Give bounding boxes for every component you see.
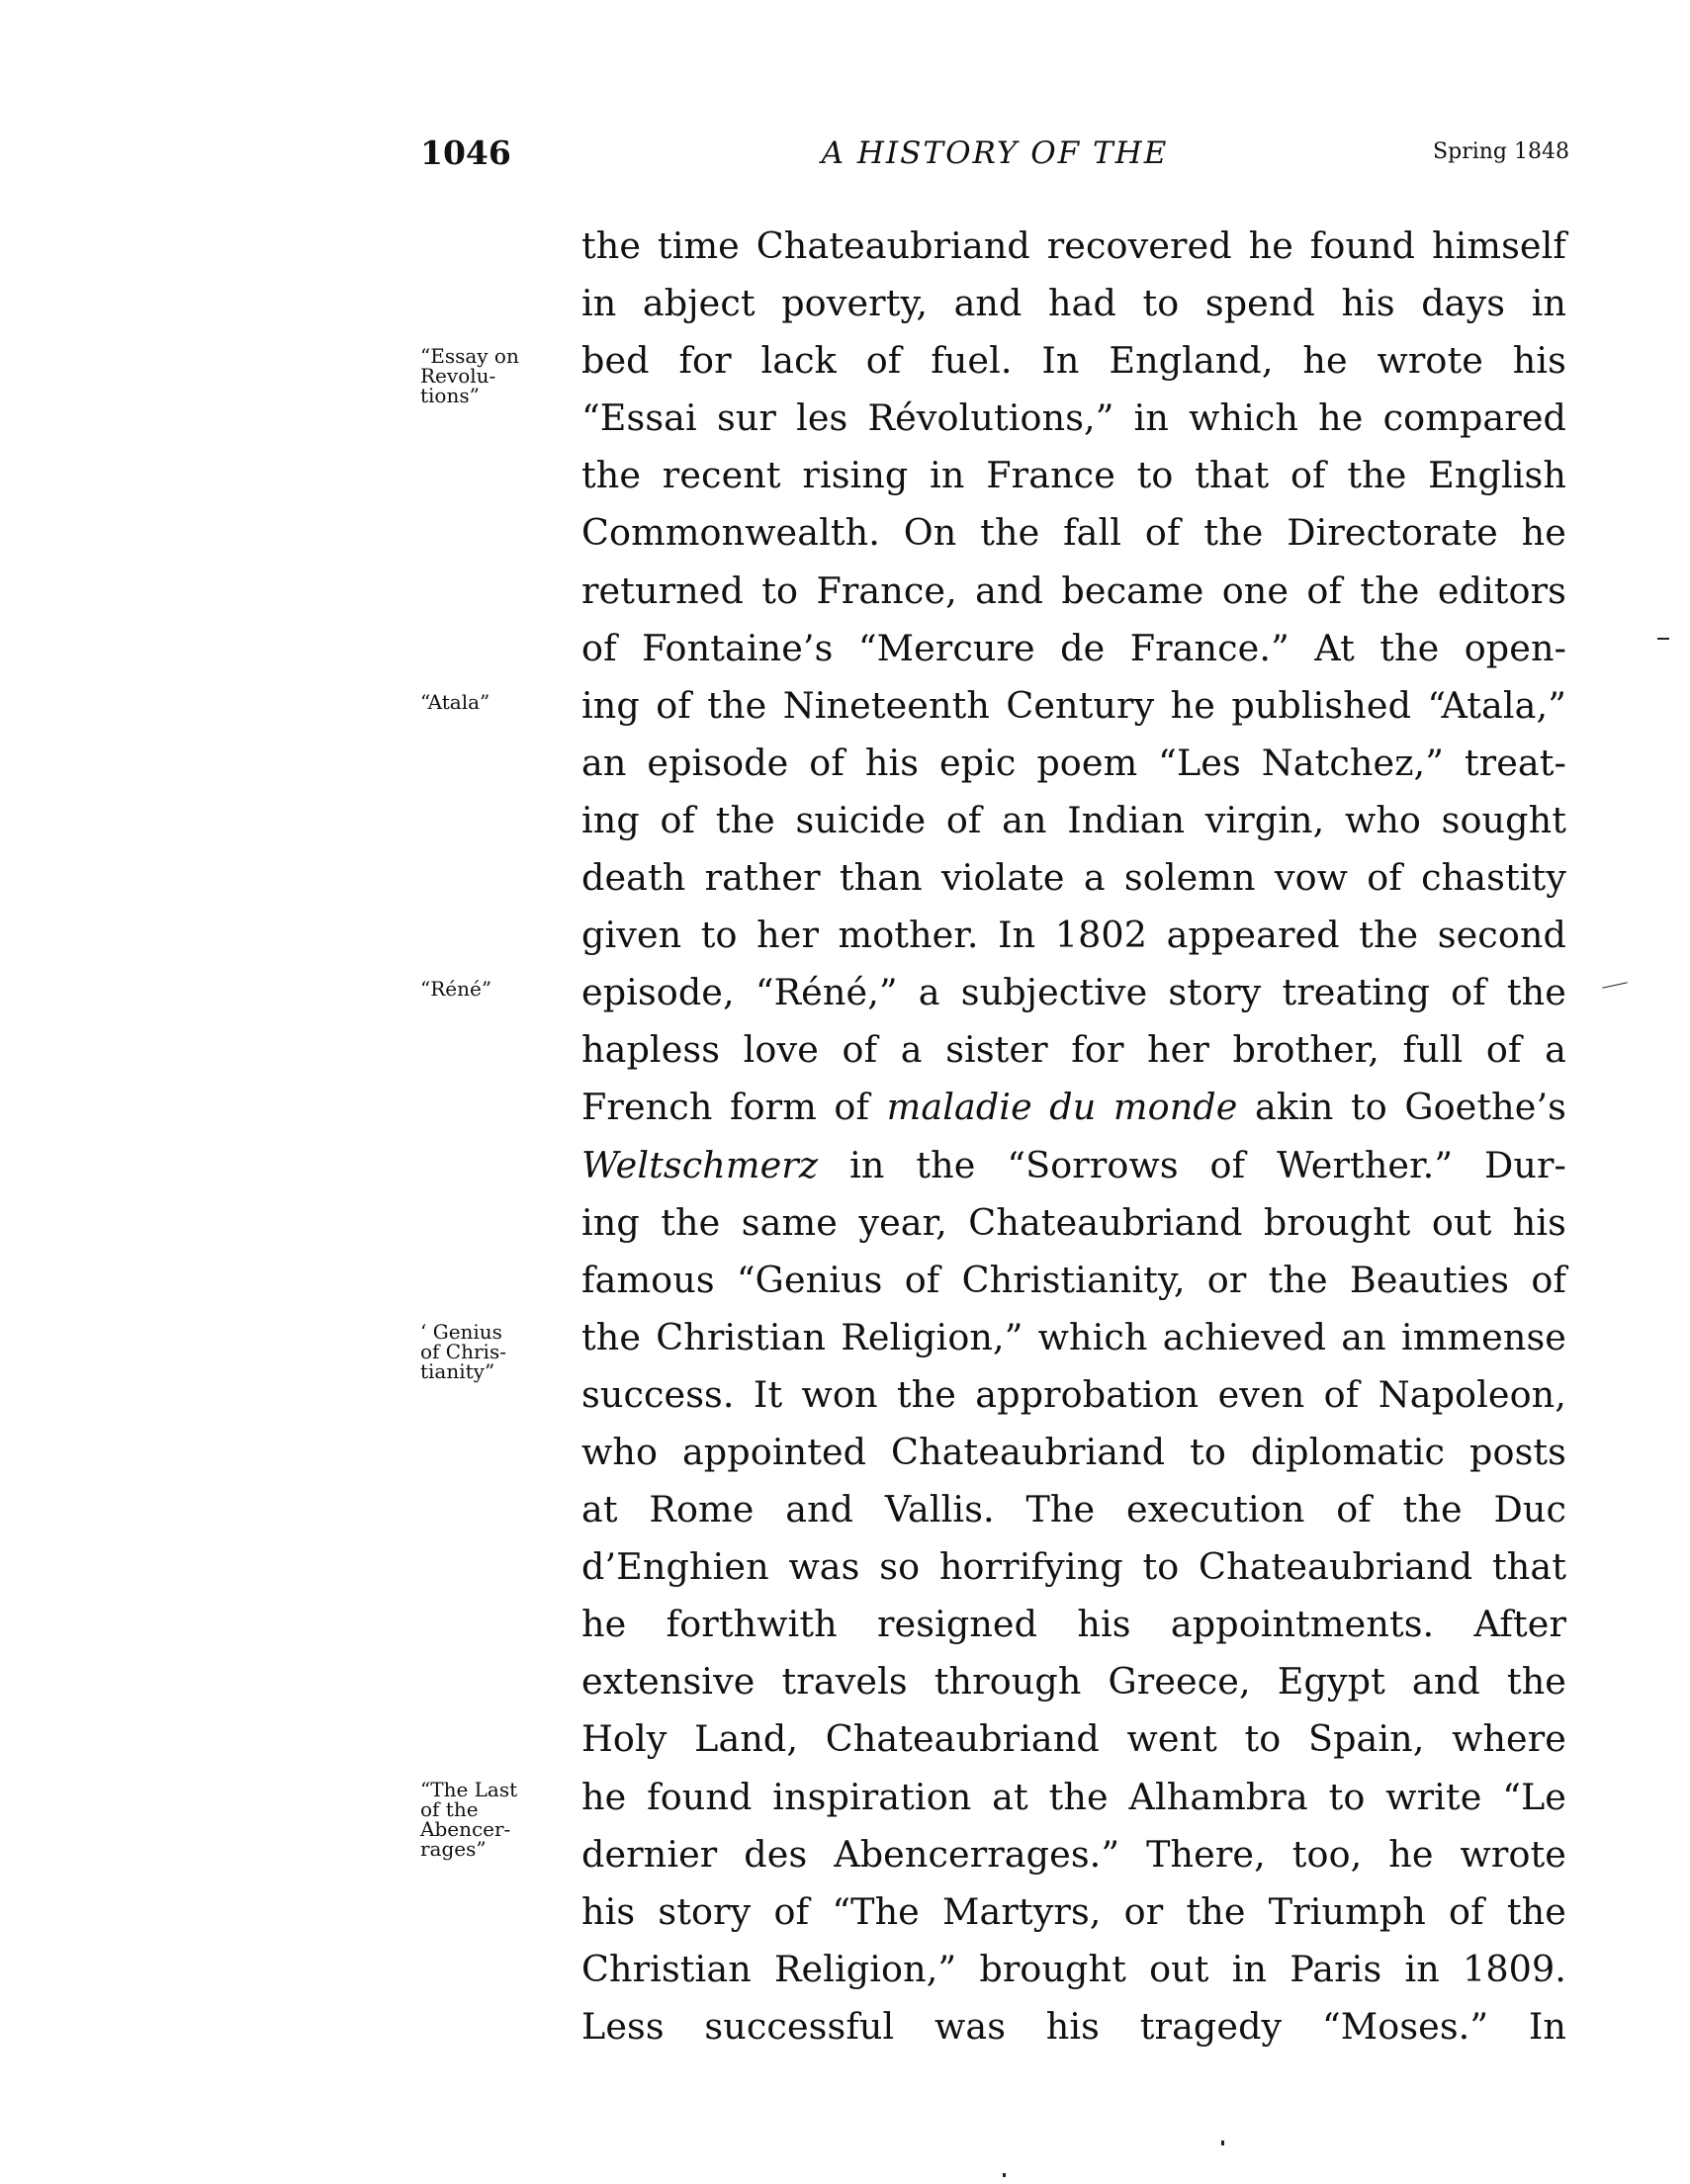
margin-note: “The Lastof theAbencer-rages” <box>420 1780 578 1859</box>
margin-note: “Atala” <box>420 692 578 712</box>
text-line: Holy Land, Chateaubriand went to Spain, … <box>581 1710 1566 1768</box>
text-line: dernier des Abencerrages.” There, too, h… <box>581 1826 1566 1883</box>
page-header: 1046 A HISTORY OF THE Spring 1848 <box>420 133 1569 183</box>
running-title: A HISTORY OF THE <box>420 135 1569 171</box>
body-text: the time Chateaubriand recovered he foun… <box>581 218 1566 2055</box>
margin-note-line: Abencer- <box>420 1819 578 1839</box>
italic-phrase: maladie du monde <box>887 1086 1238 1128</box>
text-line: his story of “The Martyrs, or the Triump… <box>581 1883 1566 1941</box>
margin-note-line: tianity” <box>420 1361 578 1381</box>
text-line: given to her mother. In 1802 appeared th… <box>581 907 1566 964</box>
margin-note-line: of the <box>420 1799 578 1819</box>
text-line: death rather than violate a solemn vow o… <box>581 849 1566 907</box>
margin-note: “Réné” <box>420 979 578 999</box>
text-line: ing of the Nineteenth Century he publish… <box>581 677 1566 735</box>
text-line: Weltschmerz in the “Sorrows of Werther.”… <box>581 1137 1566 1194</box>
text-line: French form of maladie du monde akin to … <box>581 1079 1566 1136</box>
text-line: returned to France, and became one of th… <box>581 563 1566 620</box>
text-line: Christian Religion,” brought out in Pari… <box>581 1941 1566 1998</box>
margin-note-line: “Essay on <box>420 346 578 366</box>
margin-note-line: “Réné” <box>420 979 578 999</box>
margin-note-line: rages” <box>420 1839 578 1859</box>
text-line: extensive travels through Greece, Egypt … <box>581 1653 1566 1710</box>
text-line: at Rome and Vallis. The execution of the… <box>581 1481 1566 1538</box>
text-line: he forthwith resigned his appointments. … <box>581 1596 1566 1653</box>
text-line: an episode of his epic poem “Les Natchez… <box>581 735 1566 792</box>
text-line: bed for lack of fuel. In England, he wro… <box>581 332 1566 390</box>
italic-phrase: Weltschmerz <box>581 1144 818 1186</box>
text-line: he found inspiration at the Alhambra to … <box>581 1769 1566 1826</box>
text-line: Less successful was his tragedy “Moses.”… <box>581 1998 1566 2055</box>
text-line: ing the same year, Chateaubriand brought… <box>581 1194 1566 1252</box>
margin-note-line: tions” <box>420 386 578 405</box>
text-line: of Fontaine’s “Mercure de France.” At th… <box>581 620 1566 677</box>
scan-mark <box>1657 638 1669 640</box>
scan-mark <box>1602 982 1628 988</box>
text-line: Commonwealth. On the fall of the Directo… <box>581 504 1566 562</box>
header-date: Spring 1848 <box>1433 139 1569 164</box>
margin-note-line: of Chris- <box>420 1342 578 1361</box>
margin-note-line: Revolu- <box>420 366 578 386</box>
text-line: success. It won the approbation even of … <box>581 1366 1566 1424</box>
text-line: hapless love of a sister for her brother… <box>581 1021 1566 1079</box>
text-line: the Christian Religion,” which achieved … <box>581 1309 1566 1366</box>
margin-note: “Essay onRevolu-tions” <box>420 346 578 405</box>
text-line: the time Chateaubriand recovered he foun… <box>581 218 1566 275</box>
margin-note: ‘ Geniusof Chris-tianity” <box>420 1322 578 1381</box>
text-line: “Essai sur les Révolutions,” in which he… <box>581 390 1566 447</box>
text-line: in abject poverty, and had to spend his … <box>581 275 1566 332</box>
scan-dot <box>1221 2140 1224 2145</box>
text-line: ing of the suicide of an Indian virgin, … <box>581 792 1566 849</box>
text-line: the recent rising in France to that of t… <box>581 447 1566 504</box>
text-line: who appointed Chateaubriand to diplomati… <box>581 1424 1566 1481</box>
margin-note-line: “Atala” <box>420 692 578 712</box>
margin-note-line: “The Last <box>420 1780 578 1799</box>
text-line: d’Enghien was so horrifying to Chateaubr… <box>581 1538 1566 1596</box>
margin-note-line: ‘ Genius <box>420 1322 578 1342</box>
text-line: famous “Genius of Christianity, or the B… <box>581 1252 1566 1309</box>
scan-dot <box>1003 2173 1006 2177</box>
text-line: episode, “Réné,” a subjective story trea… <box>581 964 1566 1021</box>
